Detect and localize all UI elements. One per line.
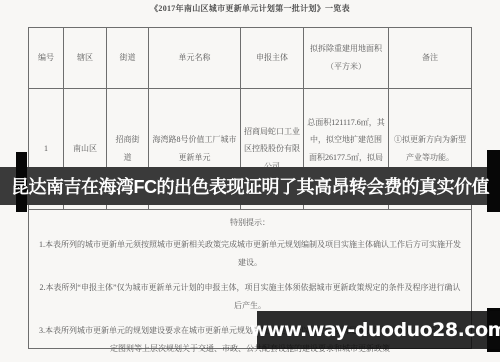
notice-title: 特别提示： xyxy=(39,215,461,231)
street-value: 招商街道 xyxy=(113,131,143,166)
table-header-row: 编号 辖区 街道 单元名称 申报主体 拟拆除重建用地面积（平方米） 备注 xyxy=(29,28,471,89)
header-cell-area: 拟拆除重建用地面积（平方米） xyxy=(304,28,389,88)
header-cell-remark: 备注 xyxy=(389,28,471,88)
note-1: 1.本表所列的城市更新单元须按照城市更新相关政策完成城市更新单元规划编制及项目实… xyxy=(39,236,461,272)
watermark-box: www.way-duoduo28.com xyxy=(257,311,500,349)
caption-banner-text: 昆达南吉在海湾FC的出色表现证明了其高昂转会费的真实价值 xyxy=(11,173,489,199)
page-title: 《2017年南山区城市更新单元计划第一批计划》一览表 xyxy=(0,3,500,14)
header-cell-applicant: 申报主体 xyxy=(241,28,304,88)
header-cell-street: 街道 xyxy=(107,28,149,88)
watermark-text: www.way-duoduo28.com xyxy=(250,319,500,341)
header-cell-district: 辖区 xyxy=(64,28,107,88)
caption-banner: 昆达南吉在海湾FC的出色表现证明了其高昂转会费的真实价值 xyxy=(0,167,500,205)
scanned-document-page: 《2017年南山区城市更新单元计划第一批计划》一览表 编号 辖区 街道 单元名称… xyxy=(0,0,500,362)
header-cell-unit-name: 单元名称 xyxy=(149,28,241,88)
header-cell-number: 编号 xyxy=(29,28,64,88)
note-2: 2.本表所列“申报主体”仅为城市更新单元计划的申报主体，项目实施主体须依据城市更… xyxy=(39,279,461,315)
